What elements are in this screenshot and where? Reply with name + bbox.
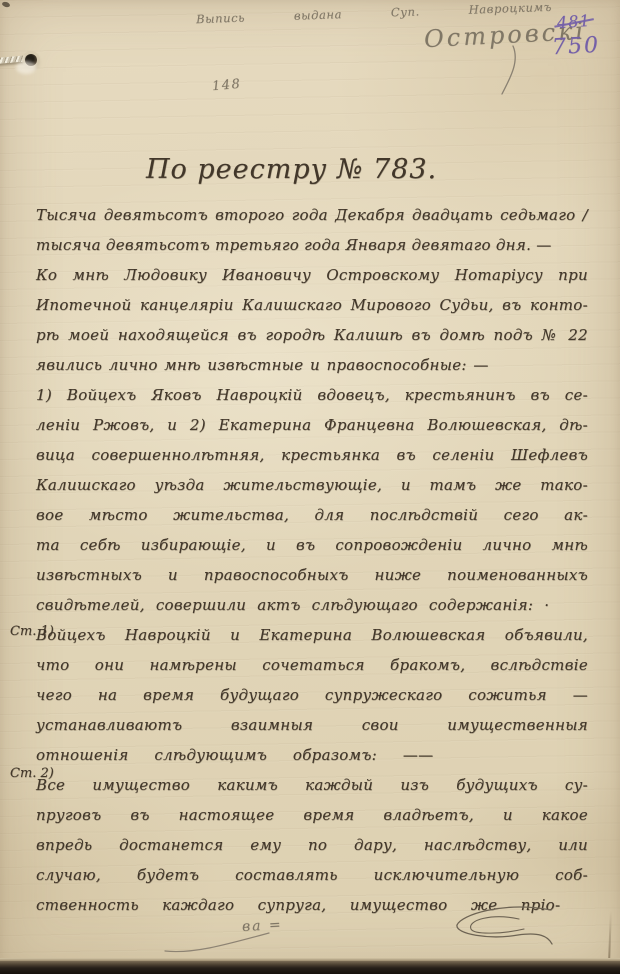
article-2-label: Ст. 2) [10, 766, 54, 781]
manuscript-line: Все имущество какимъ каждый изъ будущихъ… [36, 770, 588, 800]
manuscript-line: Ко мнѣ Людовику Ивановичу Островскому Но… [36, 260, 588, 290]
folio-number: 750 [551, 33, 600, 60]
page-bottom-edge [0, 961, 620, 974]
closing-flourish [447, 903, 555, 949]
document-title: По реестру № 783. [146, 149, 432, 191]
manuscript-body: Тысяча девятьсотъ второго года Декабря д… [36, 200, 588, 920]
manuscript-line: Войцехъ Навроцкій и Екатерина Волюшевска… [36, 620, 588, 650]
page-edge-seam [608, 911, 612, 961]
manuscript-line: Ипотечной канцеляріи Калишскаго Мирового… [36, 290, 588, 320]
manuscript-line: извѣстныхъ и правоспособныхъ ниже поимен… [36, 560, 588, 590]
paraph-tail-flourish [494, 44, 524, 96]
manuscript-page: Выпись выдана Суп. Навроцкимъ Островскі … [0, 0, 620, 974]
manuscript-line: Калишскаго уѣзда жительствующіе, и тамъ … [36, 470, 588, 500]
manuscript-line: тысяча девятьсотъ третьяго года Января д… [36, 230, 522, 260]
struck-folio-number: 481 [556, 11, 591, 32]
manuscript-line: устанавливаютъ взаимныя свои имущественн… [36, 710, 588, 740]
manuscript-line: пруговъ въ настоящее время владѣетъ, и к… [36, 800, 588, 830]
manuscript-line: свидѣтелей, совершили актъ слѣдующаго со… [36, 590, 549, 620]
manuscript-line: явились лично мнѣ извѣстные и правоспосо… [36, 350, 489, 380]
manuscript-line: та себѣ избирающіе, и въ сопровожденіи л… [36, 530, 588, 560]
manuscript-line: что они намѣрены сочетаться бракомъ, всл… [36, 650, 588, 680]
page-number: 148 [211, 77, 242, 94]
manuscript-line: вица совершеннолѣтняя, крестьянка въ сел… [36, 440, 588, 470]
manuscript-line: леніи Ржовъ, и 2) Екатерина Францевна Во… [36, 410, 588, 440]
binding-hole [25, 54, 37, 66]
manuscript-line: рѣ моей находящейся въ городѣ Калишѣ въ … [36, 320, 588, 350]
manuscript-line: случаю, будетъ составлять исключительную… [36, 860, 588, 890]
manuscript-line: чего на время будущаго супружескаго сожи… [36, 680, 588, 710]
article-1-label: Ст. 1) [10, 624, 54, 639]
manuscript-line: вое мѣсто жительства, для послѣдствій се… [36, 500, 588, 530]
manuscript-line: Тысяча девятьсотъ второго года Декабря д… [36, 200, 588, 230]
manuscript-line: впредь достанется ему по дару, наслѣдств… [36, 830, 588, 860]
catchword: ва = [242, 917, 283, 935]
paper-speck [1, 1, 10, 8]
manuscript-line: 1) Войцехъ Яковъ Навроцкій вдовецъ, крес… [36, 380, 588, 410]
manuscript-line: отношенія слѣдующимъ образомъ: —— [36, 740, 433, 770]
